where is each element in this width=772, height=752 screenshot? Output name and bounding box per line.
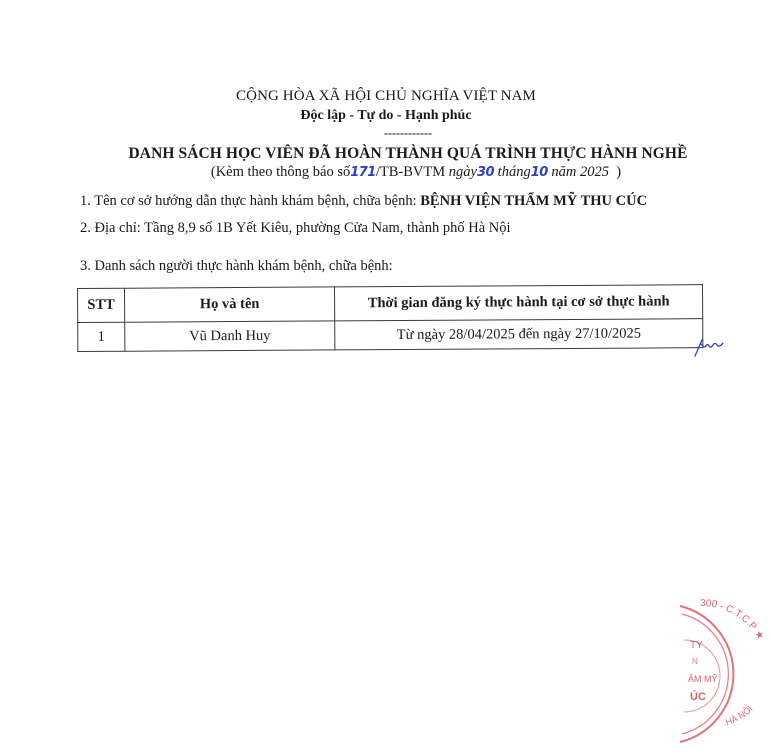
handwritten-notice-number: 171 bbox=[350, 165, 376, 180]
svg-text:ÚC: ÚC bbox=[690, 690, 706, 703]
header-stt: STT bbox=[78, 288, 125, 322]
official-red-stamp-icon: 300 - C.T.C.P ★ HÀ NỘI TY N ẨM MỸ ÚC bbox=[640, 596, 772, 746]
handwritten-day: 30 bbox=[477, 165, 494, 180]
table-row: 1 Vũ Danh Huy Từ ngày 28/04/2025 đến ngà… bbox=[78, 319, 703, 352]
practitioner-table: STT Họ và tên Thời gian đăng ký thực hàn… bbox=[77, 284, 703, 352]
signature-initials-icon bbox=[692, 332, 728, 358]
table-header-row: STT Họ và tên Thời gian đăng ký thực hàn… bbox=[78, 285, 703, 323]
document-subtitle: (Kèm theo thông báo số171/TB-BVTM ngày30… bbox=[30, 164, 772, 181]
day-label: ngày bbox=[449, 164, 477, 180]
cell-stt: 1 bbox=[78, 322, 125, 351]
header-practice-period: Thời gian đăng ký thực hành tại cơ sở th… bbox=[335, 285, 703, 321]
svg-text:TY: TY bbox=[690, 640, 703, 651]
practitioner-list-label: 3. Danh sách người thực hành khám bệnh, … bbox=[80, 258, 393, 275]
handwritten-month: 10 bbox=[531, 165, 548, 180]
header-separator: ------------ bbox=[22, 126, 772, 141]
notice-code: /TB-BVTM bbox=[376, 164, 445, 180]
facility-name-line: 1. Tên cơ sở hướng dẫn thực hành khám bệ… bbox=[80, 193, 647, 210]
document-title: DANH SÁCH HỌC VIÊN ĐÃ HOÀN THÀNH QUÁ TRÌ… bbox=[22, 145, 772, 163]
svg-text:HÀ NỘI: HÀ NỘI bbox=[724, 704, 755, 728]
header-full-name: Họ và tên bbox=[124, 287, 334, 322]
svg-text:ẨM MỸ: ẨM MỸ bbox=[688, 673, 718, 684]
cell-practice-period: Từ ngày 28/04/2025 đến ngày 27/10/2025 bbox=[335, 319, 703, 350]
svg-text:N: N bbox=[692, 657, 698, 666]
subtitle-prefix: (Kèm theo thông báo số bbox=[211, 164, 350, 180]
cell-full-name: Vũ Danh Huy bbox=[125, 321, 335, 351]
subtitle-suffix: ) bbox=[616, 164, 621, 180]
svg-text:300 - C.T.C.P ★: 300 - C.T.C.P ★ bbox=[700, 598, 766, 642]
facility-address-line: 2. Địa chỉ: Tầng 8,9 số 1B Yết Kiêu, phư… bbox=[80, 220, 511, 237]
year-text: năm 2025 bbox=[551, 164, 609, 180]
national-motto: Độc lập - Tự do - Hạnh phúc bbox=[0, 108, 772, 124]
facility-name: BỆNH VIỆN THẨM MỸ THU CÚC bbox=[420, 193, 647, 209]
nation-title: CỘNG HÒA XÃ HỘI CHỦ NGHĨA VIỆT NAM bbox=[0, 88, 772, 105]
month-label: tháng bbox=[498, 164, 531, 180]
facility-label: 1. Tên cơ sở hướng dẫn thực hành khám bệ… bbox=[80, 193, 420, 209]
